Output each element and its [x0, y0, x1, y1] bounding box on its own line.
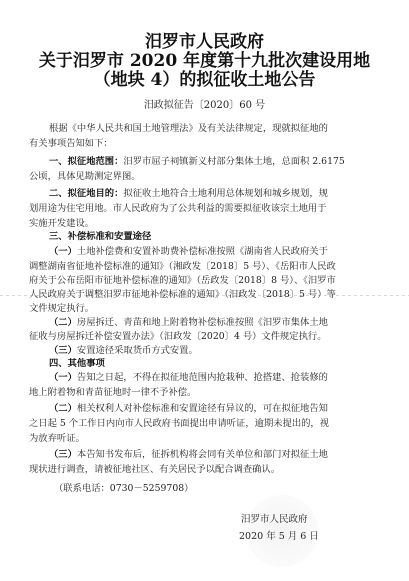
- section-4-item-1-first-line: （一）告知之日起，不得在拟征地范围内抢栽种、抢搭建、抢装修的: [49, 369, 328, 383]
- section-4-item-3-text: 本告知书发布后，征拆机构将会同有关单位和部门对拟征土地: [77, 449, 328, 460]
- section-1-text: 汨罗市屈子祠镇新义村部分集体土地，总面积 2.6175: [123, 156, 344, 167]
- section-4-item-2-label: （二）: [49, 403, 77, 414]
- section-4-item-3-first-line: （三）本告知书发布后，征拆机构将会同有关单位和部门对拟征土地: [49, 446, 328, 460]
- intro-line-1: 根据《中华人民共和国土地管理法》及有关法律规定，现就拟征地的: [49, 120, 328, 134]
- section-2-line-3: 实施开发建设。: [29, 215, 94, 229]
- section-4-heading: 四、其他事项: [49, 355, 105, 369]
- section-3-item-3-line: （三）安置途径采取货币方式安置。: [49, 342, 198, 356]
- notice-page: 汨罗市人民政府 关于汨罗市 2020 年度第十九批次建设用地 （地块 4）的拟征…: [0, 0, 409, 581]
- section-4-item-2-text: 相关权利人对补偿标准和安置途径有异议的，可在拟征地告知: [77, 403, 328, 414]
- section-2-first-line: 二、拟征地目的：拟征收土地符合土地利用总体规划和城乡规划，规: [49, 185, 328, 199]
- section-2-line-2: 划用途为住宅用地。市人民政府为了公共利益的需要拟征收该宗土地用于: [29, 200, 327, 214]
- section-4-item-2-line-3: 为放弃听证。: [29, 430, 85, 444]
- section-1-heading: 一、拟征地范围：: [49, 156, 123, 167]
- section-3-item-1-text: 土地补偿费和安置补助费补偿标准按照《湖南省人民政府关于: [77, 246, 328, 257]
- section-3-item-1-first-line: （一）土地补偿费和安置补助费补偿标准按照《湖南省人民政府关于: [49, 243, 328, 257]
- section-4-item-2-line-2: 之日起 5 个工作日内向市人民政府书面提出申请听证，逾期未提出的，视: [29, 415, 329, 429]
- section-4-item-3-label: （三）: [49, 449, 77, 460]
- section-3-item-1-line-4: 人民政府关于调整汨罗市征地补偿标准的通知》（汨政发〔2018〕5 号）等: [29, 286, 336, 300]
- title-line-2: 关于汨罗市 2020 年度第十九批次建设用地: [0, 52, 409, 71]
- section-1-line-2: 公顷，具体见勘测定界图。: [29, 168, 141, 182]
- section-4-item-2-first-line: （二）相关权利人对补偿标准和安置途径有异议的，可在拟征地告知: [49, 400, 328, 414]
- section-4-item-1-text: 告知之日起，不得在拟征地范围内抢栽种、抢搭建、抢装修的: [77, 372, 328, 383]
- section-3-item-1-line-3: 府关于公布岳阳市征地补偿标准的通知》（岳政发〔2018〕8 号）、《汨罗市: [29, 272, 336, 286]
- section-3-item-1-line-2: 调整湖南省征地补偿标准的通知》（湘政发〔2018〕5 号）、《岳阳市人民政: [29, 258, 336, 272]
- section-3-item-2-first-line: （二）房屋拆迁、青苗和地上附着物补偿标准按照《汨罗市集体土地: [49, 314, 328, 328]
- title-line-1: 汨罗市人民政府: [0, 33, 409, 52]
- section-4-item-1-line-2: 地上附着物和青苗征地时一律不予补偿。: [29, 384, 196, 398]
- signature-date: 2020 年 5 月 6 日: [239, 528, 319, 542]
- section-3-item-2-text: 房屋拆迁、青苗和地上附着物补偿标准按照《汨罗市集体土地: [77, 317, 328, 328]
- title-line-3: （地块 4）的拟征收土地公告: [0, 71, 409, 90]
- section-4-item-3-line-2: 现状进行调查，请被征地社区、有关居民予以配合调查确认。: [29, 461, 280, 475]
- section-1-first-line: 一、拟征地范围：汨罗市屈子祠镇新义村部分集体土地，总面积 2.6175: [49, 153, 345, 167]
- signature-issuer: 汨罗市人民政府: [241, 511, 308, 525]
- section-4-item-1-label: （一）: [49, 372, 77, 383]
- intro-line-2: 有关事项告知如下：: [29, 135, 113, 149]
- section-2-text: 拟征收土地符合土地利用总体规划和城乡规划，规: [123, 188, 328, 199]
- contact-phone: （联系电话：0730－5259708）: [54, 480, 193, 494]
- section-3-item-2-line-2: 征收与房屋拆迁补偿安置办法》（汨政发〔2020〕4 号）文件规定执行。: [29, 328, 327, 342]
- section-3-item-2-label: （二）: [49, 317, 77, 328]
- document-number: 汨政拟征告〔2020〕60 号: [0, 96, 409, 111]
- section-2-heading: 二、拟征地目的：: [49, 188, 123, 199]
- section-3-item-1-label: （一）: [49, 246, 77, 257]
- section-3-heading: 三、补偿标准和安置途径: [49, 228, 151, 242]
- section-3-item-1-line-5: 文件规定执行。: [29, 300, 94, 314]
